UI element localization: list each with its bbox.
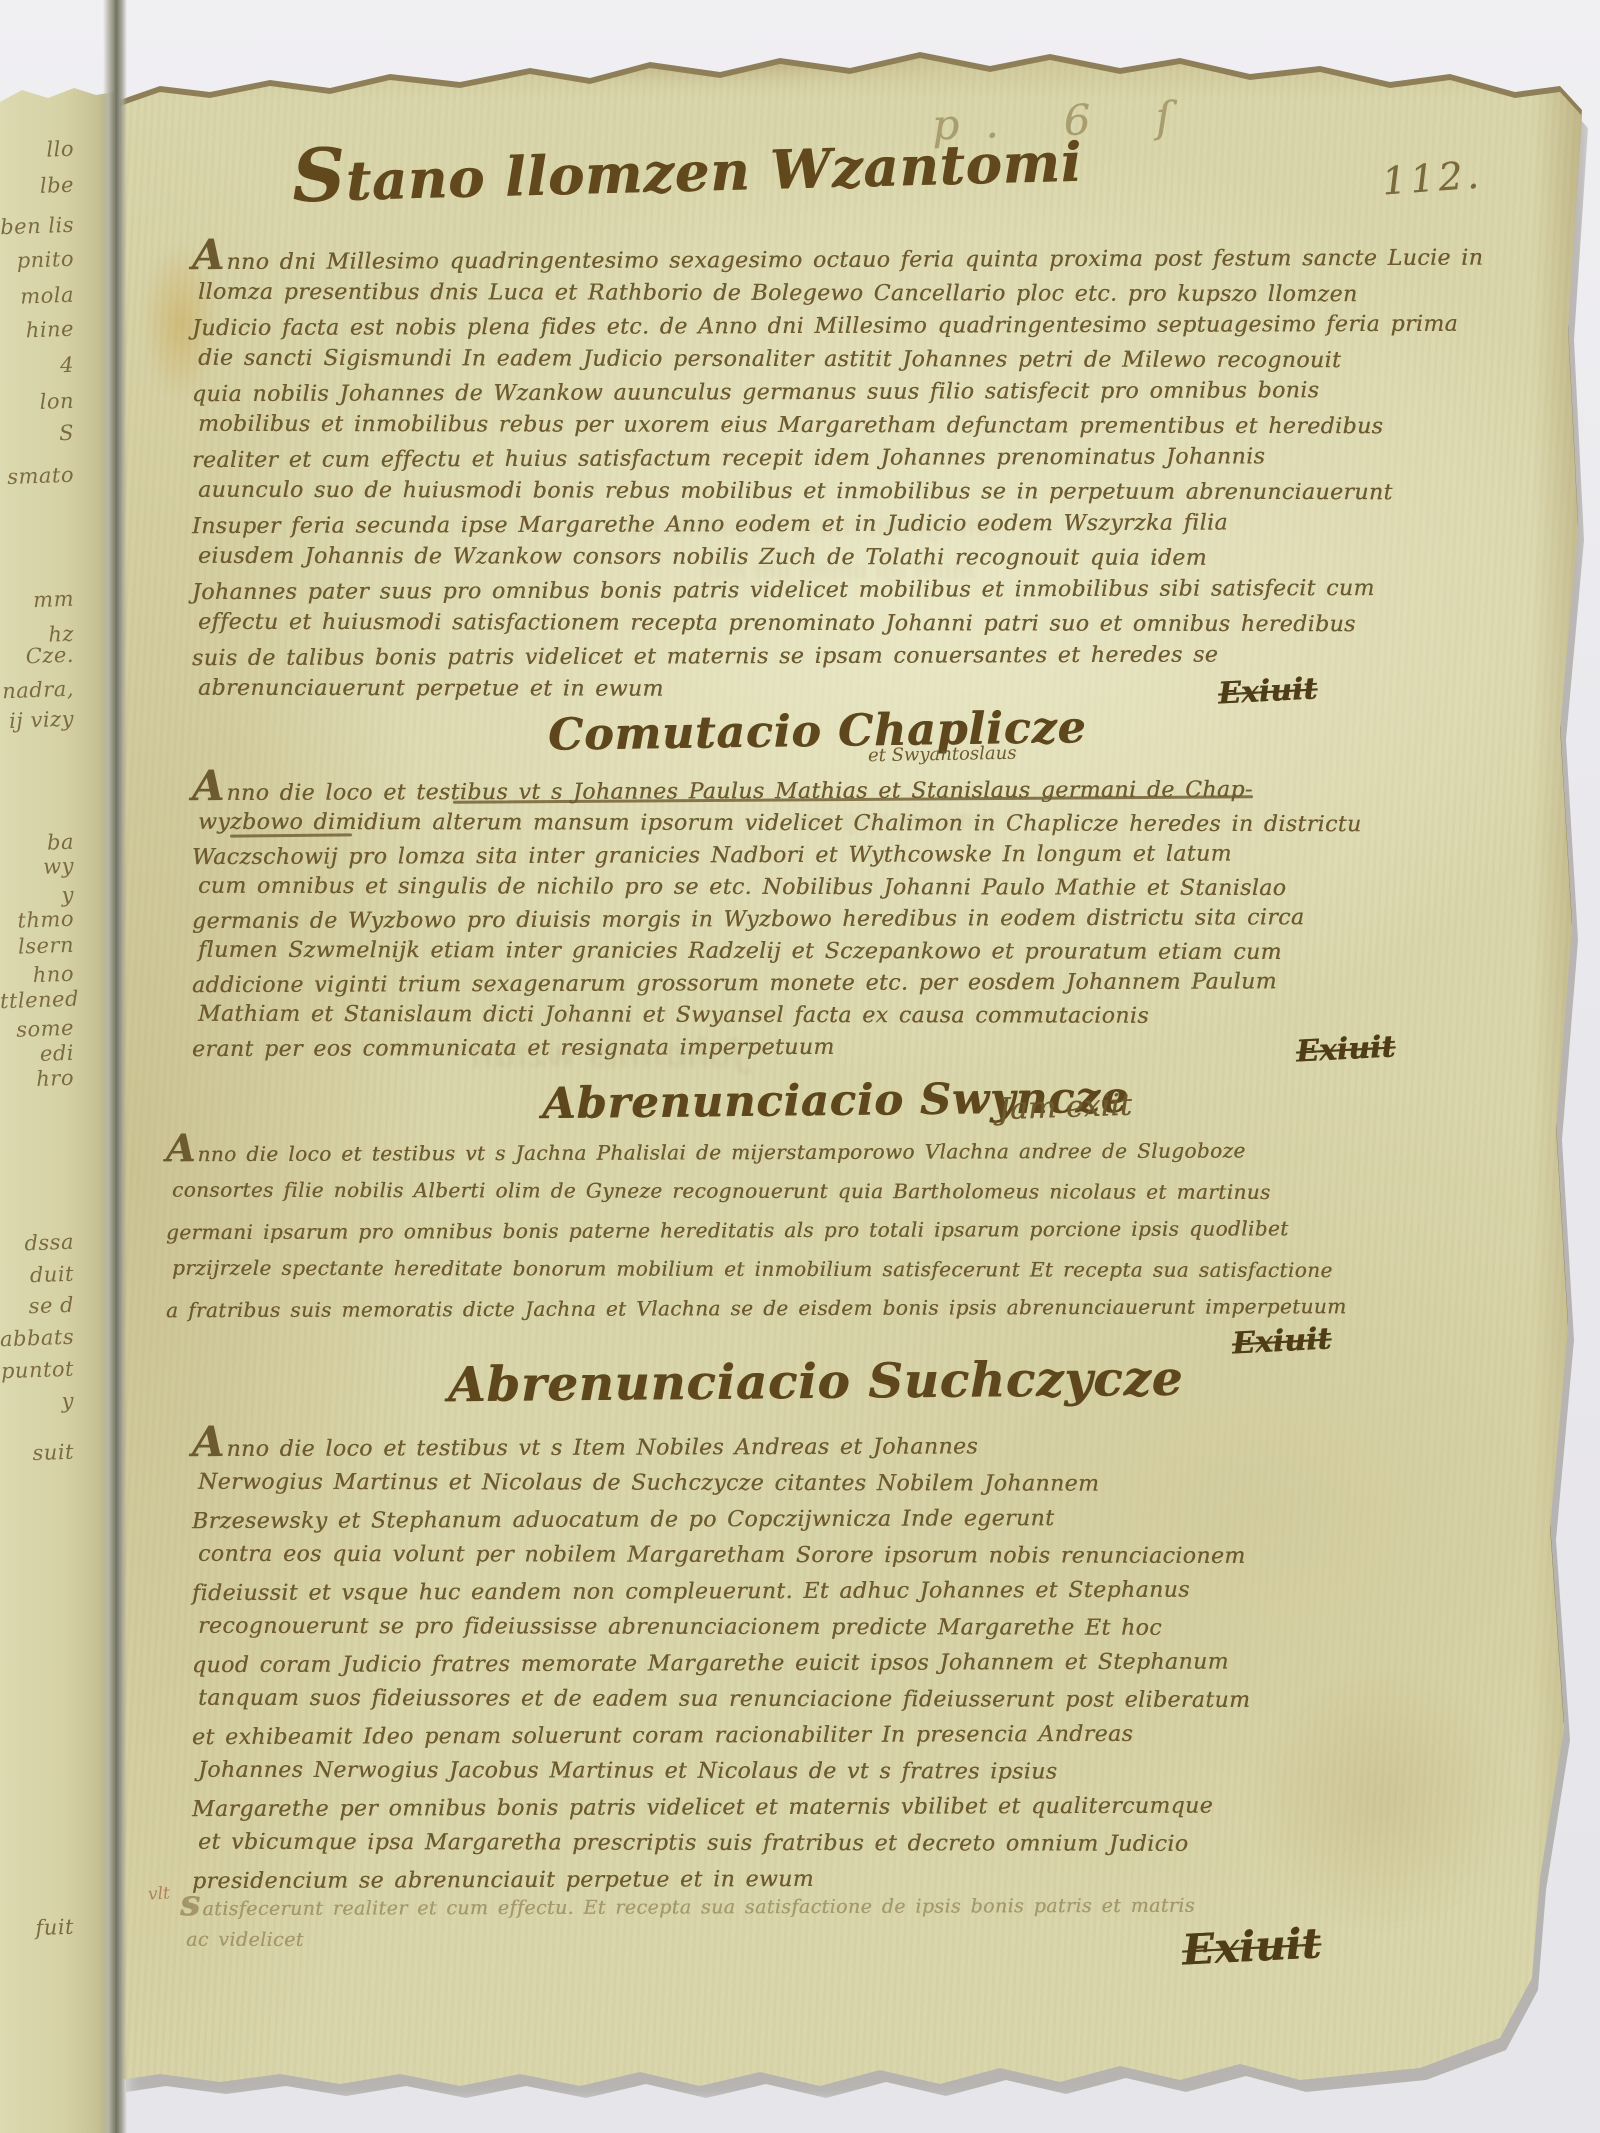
manuscript-line: fideiussit et vsque huc eandem non compl… <box>192 1572 1407 1612</box>
manuscript-line: flumen Szwmelnijk etiam inter granicies … <box>198 935 1413 970</box>
margin-fragment: Cze. <box>0 643 74 670</box>
margin-fragment: thmo <box>0 907 74 934</box>
manuscript-line: Anno dni Millesimo quadringentesimo sexa… <box>192 234 1407 279</box>
entry-body-2: Anno die loco et testibus vt s Johannes … <box>192 768 1407 1064</box>
manuscript-line: Anno die loco et testibus vt s Johannes … <box>192 766 1407 810</box>
manuscript-line: llomza presentibus dnis Luca et Rathbori… <box>198 276 1413 312</box>
margin-fragment: y <box>0 883 74 910</box>
margin-fragment: mm <box>0 587 74 614</box>
entry-heading-4: Abrenunciacio Suchczycze <box>448 1351 1184 1413</box>
margin-fragment: lbe <box>0 173 74 200</box>
margin-fragment: ij vizy <box>0 707 74 734</box>
exiuit-mark-2: Exiuit <box>1295 1029 1396 1069</box>
margin-fragment: edi <box>0 1041 74 1068</box>
marginal-note: vlt <box>147 1883 170 1904</box>
entry-body-4: Anno die loco et testibus vt s Item Nobi… <box>192 1422 1407 1898</box>
manuscript-line: Margarethe per omnibus bonis patris vide… <box>192 1788 1407 1828</box>
manuscript-line: a fratribus suis memoratis dicte Jachna … <box>166 1287 1456 1331</box>
interlinear-addition: et Swyantoslaus <box>868 743 1017 767</box>
exiuit-mark-3: Exiuit <box>1231 1321 1332 1361</box>
manuscript-line: recognouerunt se pro fideiussisse abrenu… <box>198 1609 1413 1648</box>
margin-fragment: pnito <box>0 247 74 274</box>
margin-fragment: S <box>0 421 74 448</box>
margin-fragment: lsern <box>0 933 74 960</box>
entry-heading-1: Stano llomzen Wzantomi <box>291 114 1083 220</box>
folio-number: 112. <box>1381 153 1484 204</box>
margin-fragment: ba <box>0 830 74 857</box>
margin-fragment: y <box>0 1389 74 1416</box>
margin-fragment: hine <box>0 317 74 344</box>
manuscript-line: Brzesewsky et Stephanum aduocatum de po … <box>192 1500 1407 1540</box>
margin-fragment: abbats <box>0 1325 74 1352</box>
margin-fragment: llo <box>0 137 74 164</box>
margin-fragment: fuit <box>0 1915 74 1942</box>
margin-fragment: lon <box>0 389 74 416</box>
manuscript-line: Nerwogius Martinus et Nicolaus de Suchcz… <box>198 1465 1413 1504</box>
margin-fragment: hno <box>0 962 74 989</box>
manuscript-line: wyzbowo dimidium alterum mansum ipsorum … <box>198 807 1413 842</box>
manuscript-line: Waczschowij pro lomza sita inter granici… <box>192 838 1407 874</box>
manuscript-line: erant per eos communicata et resignata i… <box>192 1030 1407 1066</box>
manuscript-line: realiter et cum effectu et huius satisfa… <box>192 440 1407 477</box>
book-press-rod <box>103 0 127 2133</box>
entry-body-3: Anno die loco et testibus vt s Jachna Ph… <box>166 1126 1456 1328</box>
manuscript-line-faint: satisfecerunt realiter et cum effectu. E… <box>180 1882 1440 1926</box>
manuscript-line: Johannes Nerwogius Jacobus Martinus et N… <box>198 1753 1413 1792</box>
margin-fragment: hro <box>0 1066 74 1093</box>
manuscript-line: quod coram Judicio fratres memorate Marg… <box>192 1644 1407 1684</box>
margin-fragment: se d <box>0 1293 74 1320</box>
margin-fragment: some <box>0 1016 74 1043</box>
margin-fragment: nadra, <box>0 677 74 704</box>
manuscript-line: effectu et huiusmodi satisfactionem rece… <box>198 606 1413 642</box>
manuscript-line: suis de talibus bonis patris videlicet e… <box>192 638 1407 675</box>
manuscript-line: mobilibus et inmobilibus rebus per uxore… <box>198 408 1413 444</box>
manuscript-page: ıım ıŋmım mıım ıŋı ıımmı ıımmıım ıŋı ıım… <box>120 28 1584 2090</box>
heading-side-note: Jam exiit <box>997 1088 1132 1128</box>
facing-page-edge: llolbeben lispnitomolahine4lonSsmatommhz… <box>0 0 114 2133</box>
manuscript-line: quia nobilis Johannes de Wzankow auuncul… <box>192 374 1407 411</box>
entry-body-1: Anno dni Millesimo quadringentesimo sexa… <box>192 236 1407 706</box>
manuscript-line: przijrzele spectante hereditate bonorum … <box>172 1249 1462 1291</box>
manuscript-line: consortes filie nobilis Alberti olim de … <box>172 1171 1462 1213</box>
manuscript-line: auunculo suo de huiusmodi bonis rebus mo… <box>198 474 1413 510</box>
manuscript-line: Anno die loco et testibus vt s Jachna Ph… <box>166 1124 1456 1175</box>
margin-fragment: puntot <box>0 1357 74 1384</box>
exiuit-mark-1: Exiuit <box>1217 671 1318 711</box>
margin-fragment: smato <box>0 463 74 490</box>
margin-fragment: ben lis <box>0 213 74 240</box>
margin-fragment: suit <box>0 1440 74 1467</box>
manuscript-line: et vbicumque ipsa Margaretha prescriptis… <box>198 1825 1413 1864</box>
manuscript-line: eiusdem Johannis de Wzankow consors nobi… <box>198 540 1413 576</box>
exiuit-mark-4: Exiuit <box>1181 1918 1322 1974</box>
manuscript-line: tanquam suos fideiussores et de eadem su… <box>198 1681 1413 1720</box>
manuscript-line: contra eos quia volunt per nobilem Marga… <box>198 1537 1413 1576</box>
margin-fragment: wy <box>0 854 74 881</box>
manuscript-line: addicione viginti trium sexagenarum gros… <box>192 966 1407 1002</box>
margin-fragment: 4 <box>0 353 74 380</box>
manuscript-line: Insuper feria secunda ipse Margarethe An… <box>192 506 1407 543</box>
manuscript-line: germanis de Wyzbowo pro diuisis morgis i… <box>192 902 1407 938</box>
manuscript-line: cum omnibus et singulis de nichilo pro s… <box>198 871 1413 906</box>
margin-fragment: ttlened <box>0 987 74 1014</box>
margin-fragment: dssa <box>0 1230 74 1257</box>
manuscript-line: die sancti Sigismundi In eadem Judicio p… <box>198 342 1413 378</box>
margin-fragment: duit <box>0 1262 74 1289</box>
manuscript-line: germani ipsarum pro omnibus bonis patern… <box>166 1209 1456 1253</box>
manuscript-line: Mathiam et Stanislaum dicti Johanni et S… <box>198 999 1413 1034</box>
margin-fragment: mola <box>0 283 74 310</box>
manuscript-line: Anno die loco et testibus vt s Item Nobi… <box>192 1420 1407 1468</box>
manuscript-line: Johannes pater suus pro omnibus bonis pa… <box>192 572 1407 609</box>
manuscript-line: Judicio facta est nobis plena fides etc.… <box>192 308 1407 345</box>
manuscript-line: et exhibeamit Ideo penam soluerunt coram… <box>192 1716 1407 1756</box>
